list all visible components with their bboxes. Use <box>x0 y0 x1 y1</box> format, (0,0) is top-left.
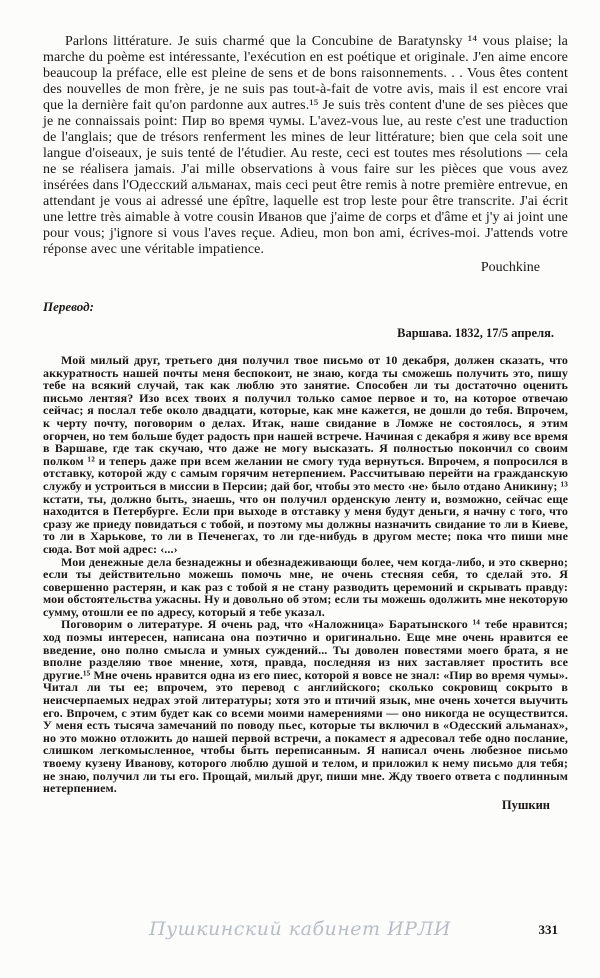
french-letter-paragraph: Parlons littérature. Je suis charmé que … <box>43 34 568 258</box>
french-signature: Pouchkine <box>43 259 568 276</box>
book-page: Parlons littérature. Je suis charmé que … <box>0 0 600 978</box>
russian-signature: Пушкин <box>43 798 568 813</box>
text-block: Parlons littérature. Je suis charmé que … <box>43 34 568 813</box>
dateline: Варшава. 1832, 17/5 апреля. <box>43 326 568 341</box>
page-footer: Пушкинский кабинет ИРЛИ 331 <box>0 918 600 944</box>
translation-label: Перевод: <box>43 299 568 315</box>
russian-paragraph-3: Поговорим о литературе. Я очень рад, что… <box>43 618 568 794</box>
russian-paragraph-1: Мой милый друг, третьего дня получил тво… <box>43 354 568 556</box>
russian-paragraph-2: Мои денежные дела безнадежны и обезнадеж… <box>43 556 568 619</box>
watermark: Пушкинский кабинет ИРЛИ <box>0 918 600 940</box>
page-number: 331 <box>539 922 559 938</box>
